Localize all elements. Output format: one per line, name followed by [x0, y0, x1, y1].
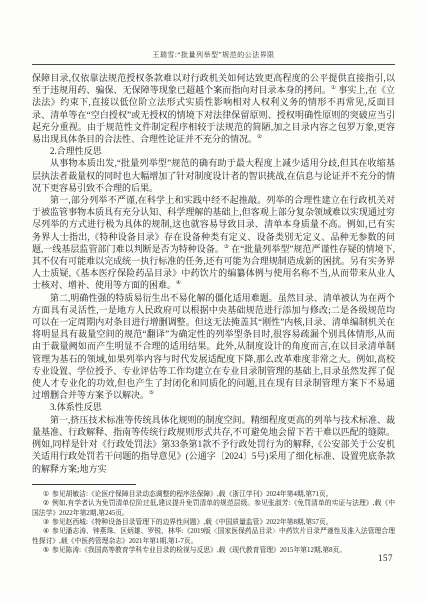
footnote-ref: ① [331, 85, 336, 91]
footnote: ①参见胡敏洁:《论医疗保障目录动态调整的程序法保障》,载《浙江学刊》2024年第… [32, 490, 395, 499]
footnote-marker: ① [43, 491, 49, 498]
footnote-text: 参见胡敏洁:《论医疗保障目录动态调整的程序法保障》,载《浙江学刊》2024年第4… [52, 491, 333, 498]
body-paragraph: 从事物本质出发,“批量列举型”规范的确有助于最大程度上减少适用分歧,但其在收缩基… [32, 157, 395, 194]
footnote: ④参见潘志涛、钟燕珠、区炳雄、罗锐、林华:《2019版〈国家医保药品目录〉中药饮… [32, 527, 395, 546]
footnote-ref: ② [257, 134, 262, 140]
body-paragraph: 第一,部分列举不严谨,在科学上和实践中经不起推敲。列举的合理性建立在行政机关对于… [32, 194, 395, 292]
running-head: 王瑞雪:“批量列举型”规范的公法界限 [32, 50, 395, 60]
footnote-ref: ④ [176, 280, 181, 286]
section-heading: 3.体系性反思 [32, 401, 395, 413]
footnote: ③参见赵西城:《特种设备目录管理下的边界性问题》,载《中国质量监管》2022年第… [32, 518, 395, 527]
body-paragraph: 第一,挤压技术标准等传统具体化规则的制度空间。精细程度更高的列举与技术标准、裁量… [32, 414, 395, 475]
footnote-text: 参见潘志涛、钟燕珠、区炳雄、罗锐、林华:《2019版〈国家医保药品目录〉中药饮片… [32, 528, 395, 544]
footnote: ②例如,有学者认为免罚清单位阶过低,建议提升免罚清单的规范层级。参见张淑芳:《免… [32, 499, 395, 518]
footnote: ⑤参见陈涛:《我国高等教育学科专业目录的检视与反思》,载《现代教育管理》2015… [32, 546, 395, 555]
footnote-ref: ③ [224, 244, 229, 250]
footnote-marker: ⑤ [43, 547, 49, 554]
body-paragraph: 第二,明确性强的特质易衍生出不易化解的僵化适用难题。虽然目录、清单被认为在两个方… [32, 292, 395, 402]
paper-page: 王瑞雪:“批量列举型”规范的公法界限 保障目录,仅依靠法规范授权条款难以对行政机… [0, 0, 427, 603]
footnote-marker: ④ [43, 528, 49, 535]
footnote-marker: ② [43, 500, 49, 507]
header-divider [32, 64, 395, 65]
page-number: 157 [378, 553, 393, 563]
footnote-marker: ③ [43, 519, 49, 526]
footnote-text: 例如,有学者认为免罚清单位阶过低,建议提升免罚清单的规范层级。参见张淑芳:《免罚… [32, 500, 395, 516]
footnote-text: 参见赵西城:《特种设备目录管理下的边界性问题》,载《中国质量监管》2022年第8… [52, 519, 333, 526]
body-paragraph: 保障目录,仅依靠法规范授权条款难以对行政机关如何达致更高程度的公平提供直接指引,… [32, 72, 395, 145]
section-heading: 2.合理性反思 [32, 145, 395, 157]
footnote-ref: ⑤ [149, 390, 154, 396]
footnote-text: 参见陈涛:《我国高等教育学科专业目录的检视与反思》,载《现代教育管理》2015年… [52, 547, 346, 554]
article-body: 保障目录,仅依靠法规范授权条款难以对行政机关如何达致更高程度的公平提供直接指引,… [32, 72, 395, 475]
footnotes-section: ①参见胡敏洁:《论医疗保障目录动态调整的程序法保障》,载《浙江学刊》2024年第… [32, 490, 395, 556]
footnote-divider [32, 484, 136, 485]
